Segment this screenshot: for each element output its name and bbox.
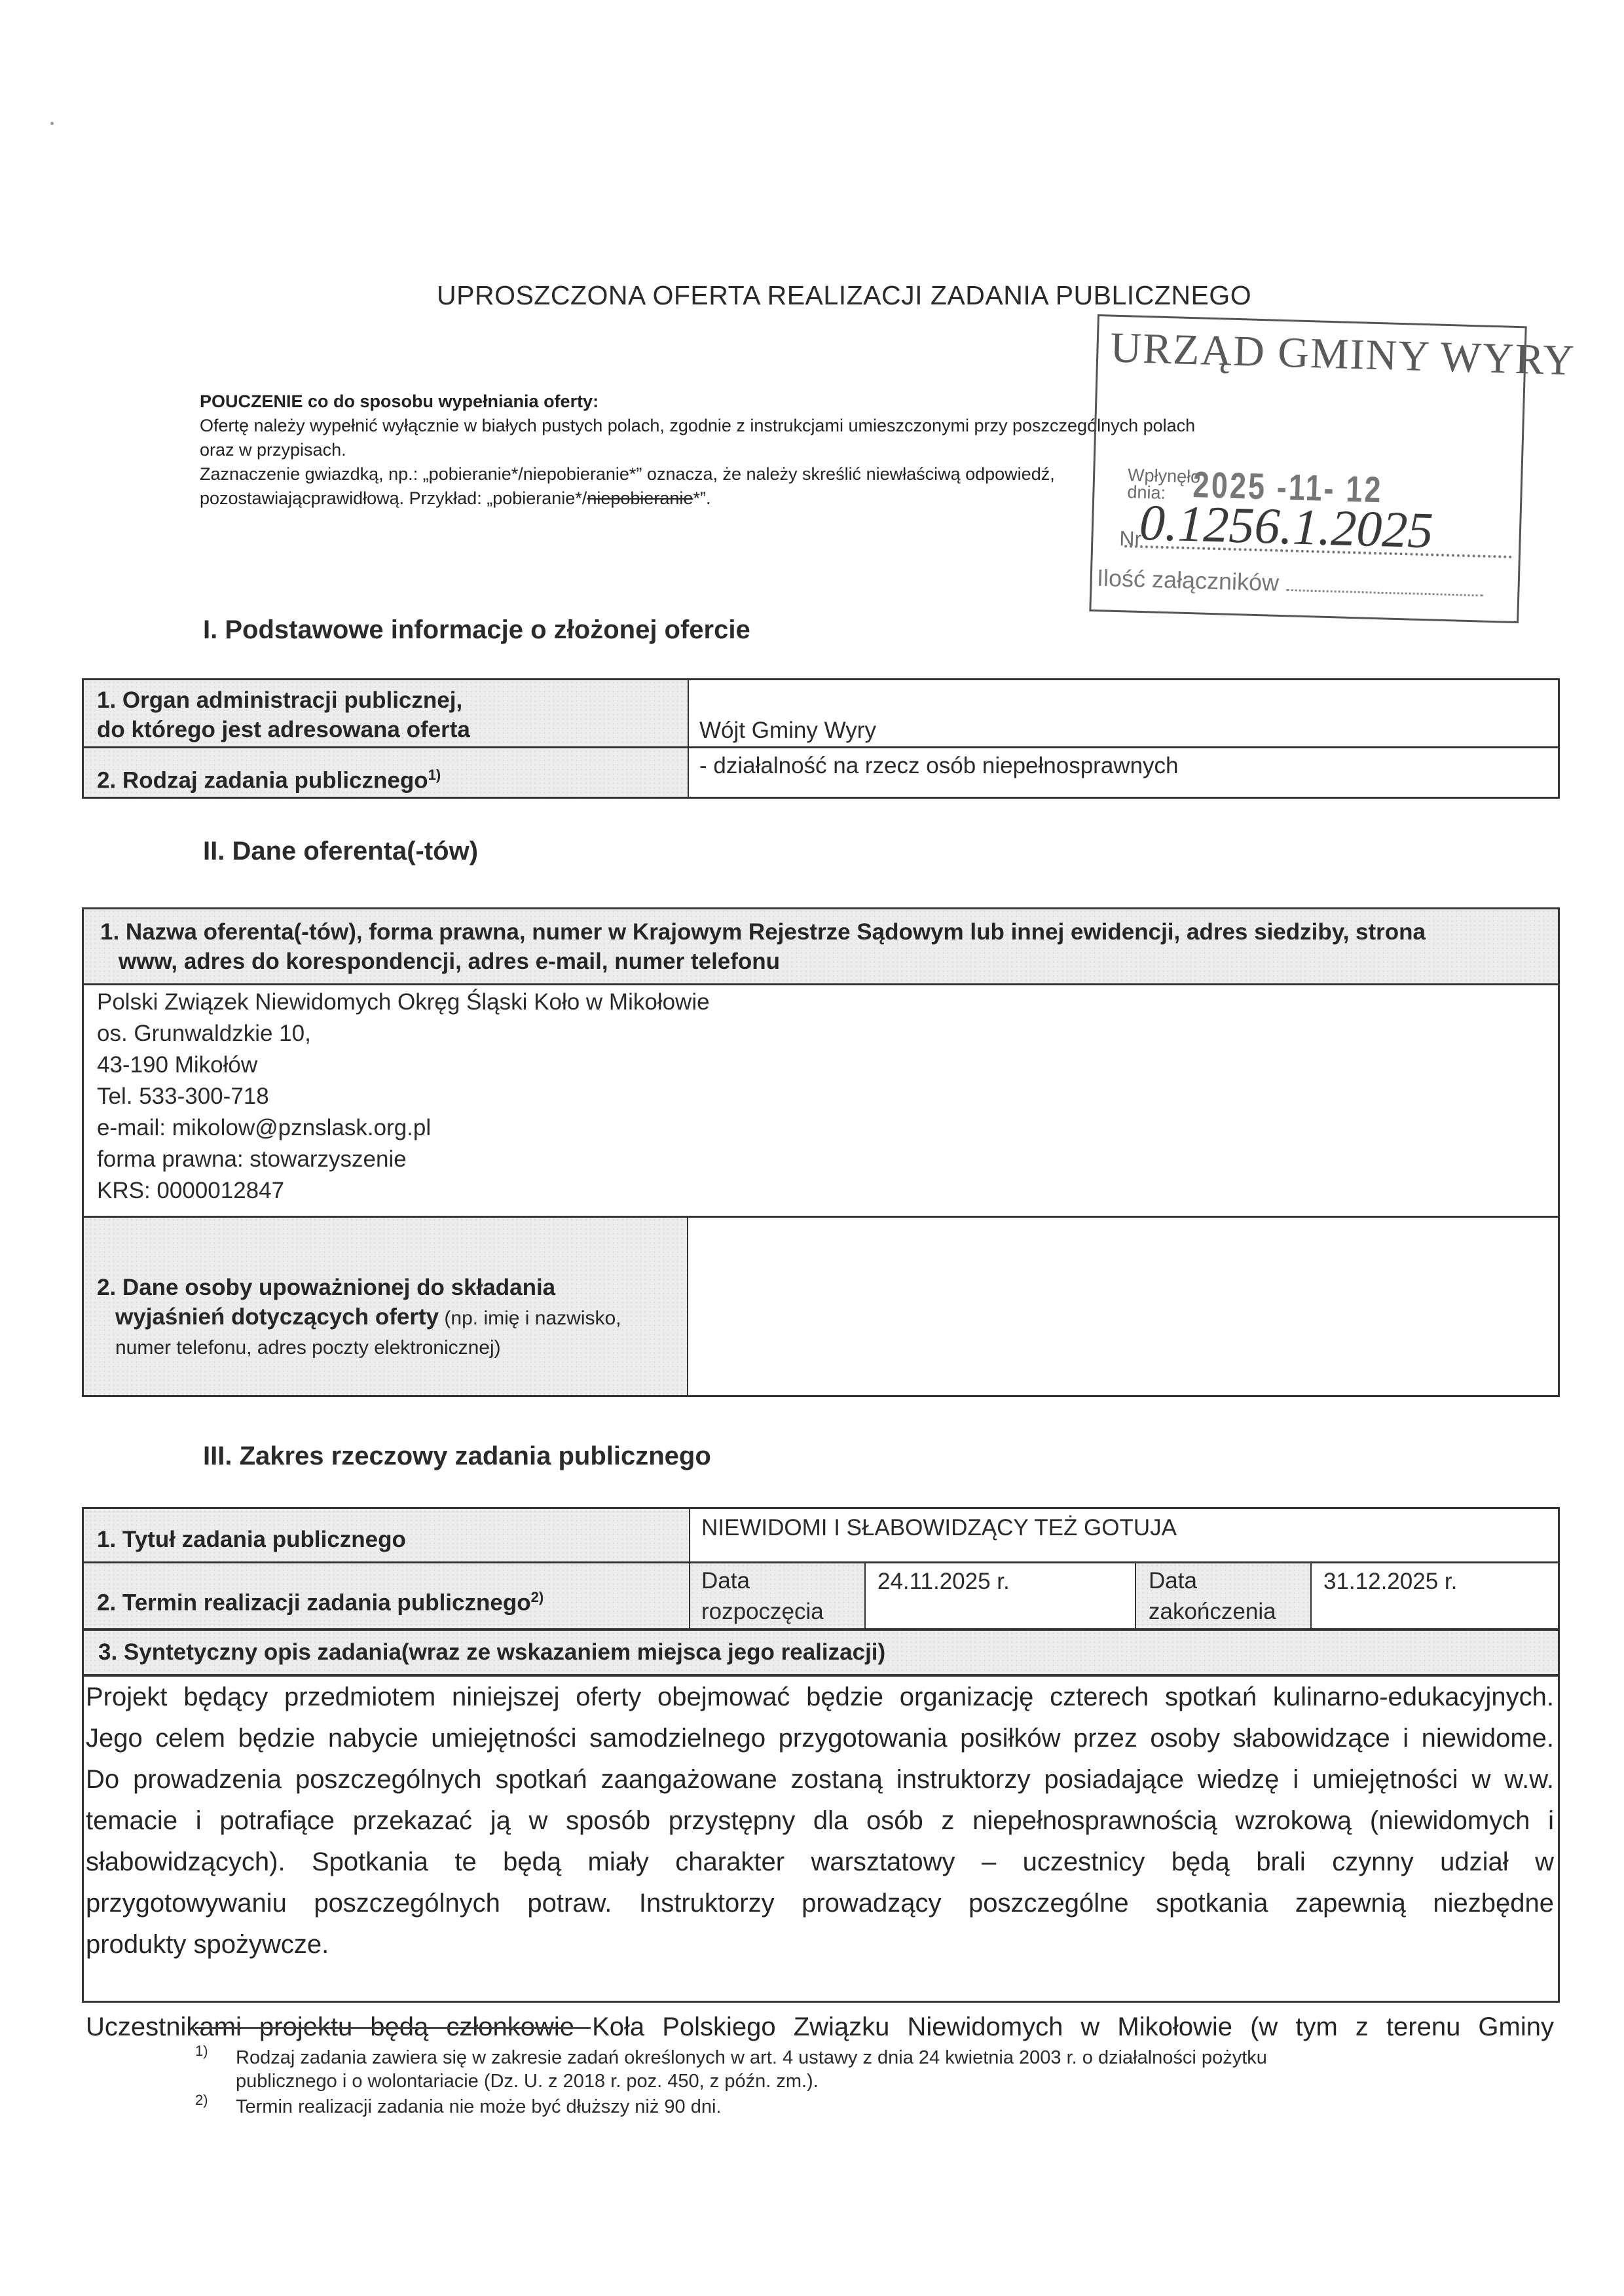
- label-line: 1. Nazwa oferenta(-tów), forma prawna, n…: [100, 917, 1548, 947]
- task-type-label: 2. Rodzaj zadania publicznego1): [97, 760, 441, 795]
- column-divider: [687, 1218, 688, 1395]
- applicant-details[interactable]: Polski Związek Niewidomych Okręg Śląski …: [97, 987, 710, 1207]
- end-date-value[interactable]: 31.12.2025 r.: [1323, 1567, 1457, 1596]
- label-line: 2. Dane osoby upoważnionej do składania: [97, 1273, 621, 1302]
- applicant-label: 1. Nazwa oferenta(-tów), forma prawna, n…: [100, 917, 1548, 976]
- label-text: 2. Termin realizacji zadania publicznego: [97, 1590, 531, 1616]
- scan-speck: [50, 122, 54, 125]
- section-3-heading: III. Zakres rzeczowy zadania publicznego: [203, 1442, 711, 1471]
- applicant-krs: KRS: 0000012847: [97, 1175, 710, 1207]
- footnote-ref: 1): [428, 767, 441, 783]
- instructions-text: *”.: [693, 488, 710, 508]
- footnote-line: Termin realizacji zadania nie może być d…: [195, 2095, 1505, 2119]
- section-2-table: 1. Nazwa oferenta(-tów), forma prawna, n…: [82, 907, 1560, 1397]
- instructions-text: pozostawiającprawidłową. Przykład: „pobi…: [200, 488, 587, 508]
- description-line: słabowidzących). Spotkania te będą miały…: [86, 1842, 1554, 1883]
- footnote-ref: 1): [195, 2039, 208, 2063]
- description-label: 3. Syntetyczny opis zadania(wraz ze wska…: [98, 1637, 885, 1667]
- organ-value[interactable]: Wójt Gminy Wyry: [699, 716, 876, 745]
- document-title: UPROSZCZONA OFERTA REALIZACJI ZADANIA PU…: [437, 280, 1251, 311]
- section-1-heading: I. Podstawowe informacje o złożonej ofer…: [203, 615, 750, 645]
- label-line: www, adres do korespondencji, adres e-ma…: [100, 947, 1548, 976]
- label-line: 1. Organ administracji publicznej,: [97, 685, 470, 715]
- label-text: 2. Rodzaj zadania publicznego: [97, 768, 428, 793]
- label-line: zakończenia: [1149, 1596, 1276, 1627]
- column-divider: [688, 680, 689, 797]
- description-line: Do prowadzenia poszczególnych spotkań za…: [86, 1759, 1554, 1800]
- contact-person-label: 2. Dane osoby upoważnionej do składania …: [97, 1273, 621, 1362]
- label-hint: numer telefonu, adres poczty elektronicz…: [97, 1333, 621, 1362]
- task-title-label: 1. Tytuł zadania publicznego: [97, 1525, 406, 1554]
- organ-label: 1. Organ administracji publicznej, do kt…: [97, 685, 470, 744]
- task-description[interactable]: Projekt będący przedmiotem niniejszej of…: [86, 1677, 1554, 2048]
- stamp-attachments-label: Ilość załączników: [1097, 564, 1280, 596]
- footnote-2: 2) Termin realizacji zadania nie może by…: [195, 2095, 1505, 2119]
- term-label: 2. Termin realizacji zadania publicznego…: [97, 1582, 544, 1618]
- row-divider: [84, 983, 1558, 985]
- footnote-line: publicznego i o wolontariacie (Dz. U. z …: [195, 2069, 1505, 2093]
- footnote-1: 1) Rodzaj zadania zawiera się w zakresie…: [195, 2046, 1505, 2093]
- label-line: wyjaśnień dotyczących oferty (np. imię i…: [97, 1302, 621, 1333]
- footnote-rule: [195, 2027, 591, 2029]
- description-line: temacie i potrafiące przekazać ją w spos…: [86, 1800, 1554, 1842]
- footnote-line: Rodzaj zadania zawiera się w zakresie za…: [195, 2046, 1505, 2069]
- description-line: Projekt będący przedmiotem niniejszej of…: [86, 1677, 1554, 1718]
- task-title-value[interactable]: NIEWIDOMI I SŁABOWIDZĄCY TEŻ GOTUJA: [701, 1513, 1177, 1542]
- row-divider: [84, 746, 1558, 748]
- applicant-legal-form: forma prawna: stowarzyszenie: [97, 1144, 710, 1175]
- strikethrough-example: niepobieranie: [587, 488, 693, 508]
- applicant-phone: Tel. 533-300-718: [97, 1081, 710, 1112]
- description-line: Jego celem będzie nabycie umiejętności s…: [86, 1718, 1554, 1759]
- section-1-table: 1. Organ administracji publicznej, do kt…: [82, 678, 1560, 799]
- label-text: wyjaśnień dotyczących oferty: [115, 1304, 439, 1330]
- section-3-table: 1. Tytuł zadania publicznego NIEWIDOMI I…: [82, 1507, 1560, 2003]
- label-line: rozpoczęcia: [701, 1596, 824, 1627]
- description-line: przygotowywaniu poszczególnych potraw. I…: [86, 1883, 1554, 1924]
- task-type-value[interactable]: - działalność na rzecz osób niepełnospra…: [699, 751, 1179, 780]
- start-date-value[interactable]: 24.11.2025 r.: [877, 1567, 1010, 1596]
- paragraph-gap: [86, 1965, 1554, 2007]
- applicant-street: os. Grunwaldzkie 10,: [97, 1018, 710, 1049]
- end-date-label: Data zakończenia: [1149, 1565, 1276, 1627]
- column-divider: [1310, 1563, 1312, 1629]
- applicant-email: e-mail: mikolow@pznslask.org.pl: [97, 1112, 710, 1144]
- applicant-city: 43-190 Mikołów: [97, 1049, 710, 1081]
- contact-person-value[interactable]: [699, 1224, 1551, 1389]
- section-2-heading: II. Dane oferenta(-tów): [203, 837, 478, 866]
- applicant-name: Polski Związek Niewidomych Okręg Śląski …: [97, 987, 710, 1018]
- stamp-office-name: URZĄD GMINY WYRY: [1110, 323, 1576, 386]
- description-line: produkty spożywcze.: [86, 1924, 1554, 1965]
- label-line: Data: [1149, 1565, 1276, 1596]
- label-hint: (np. imię i nazwisko,: [439, 1307, 621, 1329]
- label-line: do którego jest adresowana oferta: [97, 715, 470, 744]
- footnote-ref: 2): [195, 2088, 208, 2112]
- column-divider: [1135, 1563, 1136, 1629]
- handwritten-registry-number: 0.1256.1.2025: [1139, 493, 1434, 560]
- start-date-label: Data rozpoczęcia: [701, 1565, 824, 1627]
- footnote-ref: 2): [531, 1589, 544, 1605]
- column-divider: [864, 1563, 866, 1629]
- label-line: Data: [701, 1565, 824, 1596]
- attachments-dotted-line: [1287, 589, 1483, 596]
